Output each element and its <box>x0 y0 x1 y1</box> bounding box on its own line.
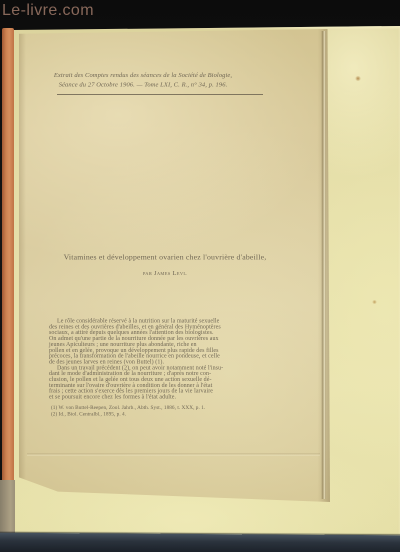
fold-crease <box>321 31 326 499</box>
footnotes: (1) W. von Buttel-Reepen, Zool. Jahrb., … <box>51 405 315 430</box>
paper-byline: par James Levi. <box>29 269 301 285</box>
offprint-sheet: Extrait des Comptes rendus des séances d… <box>19 29 330 503</box>
journal-header: Extrait des Comptes rendus des séances d… <box>27 70 259 108</box>
book-edge-lower <box>0 480 15 538</box>
body-paragraph-1: Le rôle considérable réservé à la nutrit… <box>49 318 313 365</box>
footnote-line: (2) Id., Biol. Centralbl., 1895, p. 4. <box>51 411 315 417</box>
photo-of-offprint: Le-livre.com Extrait des Comptes rendus … <box>0 0 400 552</box>
table-edge <box>0 533 400 552</box>
journal-header-line2: Séance du 27 Octobre 1906. — Tome LXI, C… <box>27 80 259 90</box>
watermark-text: Le-livre.com <box>2 2 94 20</box>
body-line: et se poursuit encore chez les formes à … <box>49 394 313 400</box>
header-rule <box>57 94 263 95</box>
body-paragraph-2: Dans un travail précédent (2), on peut a… <box>49 365 313 400</box>
journal-header-line1: Extrait des Comptes rendus des séances d… <box>27 70 259 80</box>
paper-body: Le rôle considérable réservé à la nutrit… <box>49 318 313 482</box>
paper-stain <box>355 76 361 81</box>
paper-stain <box>372 300 377 304</box>
orange-book-edge <box>2 28 14 482</box>
